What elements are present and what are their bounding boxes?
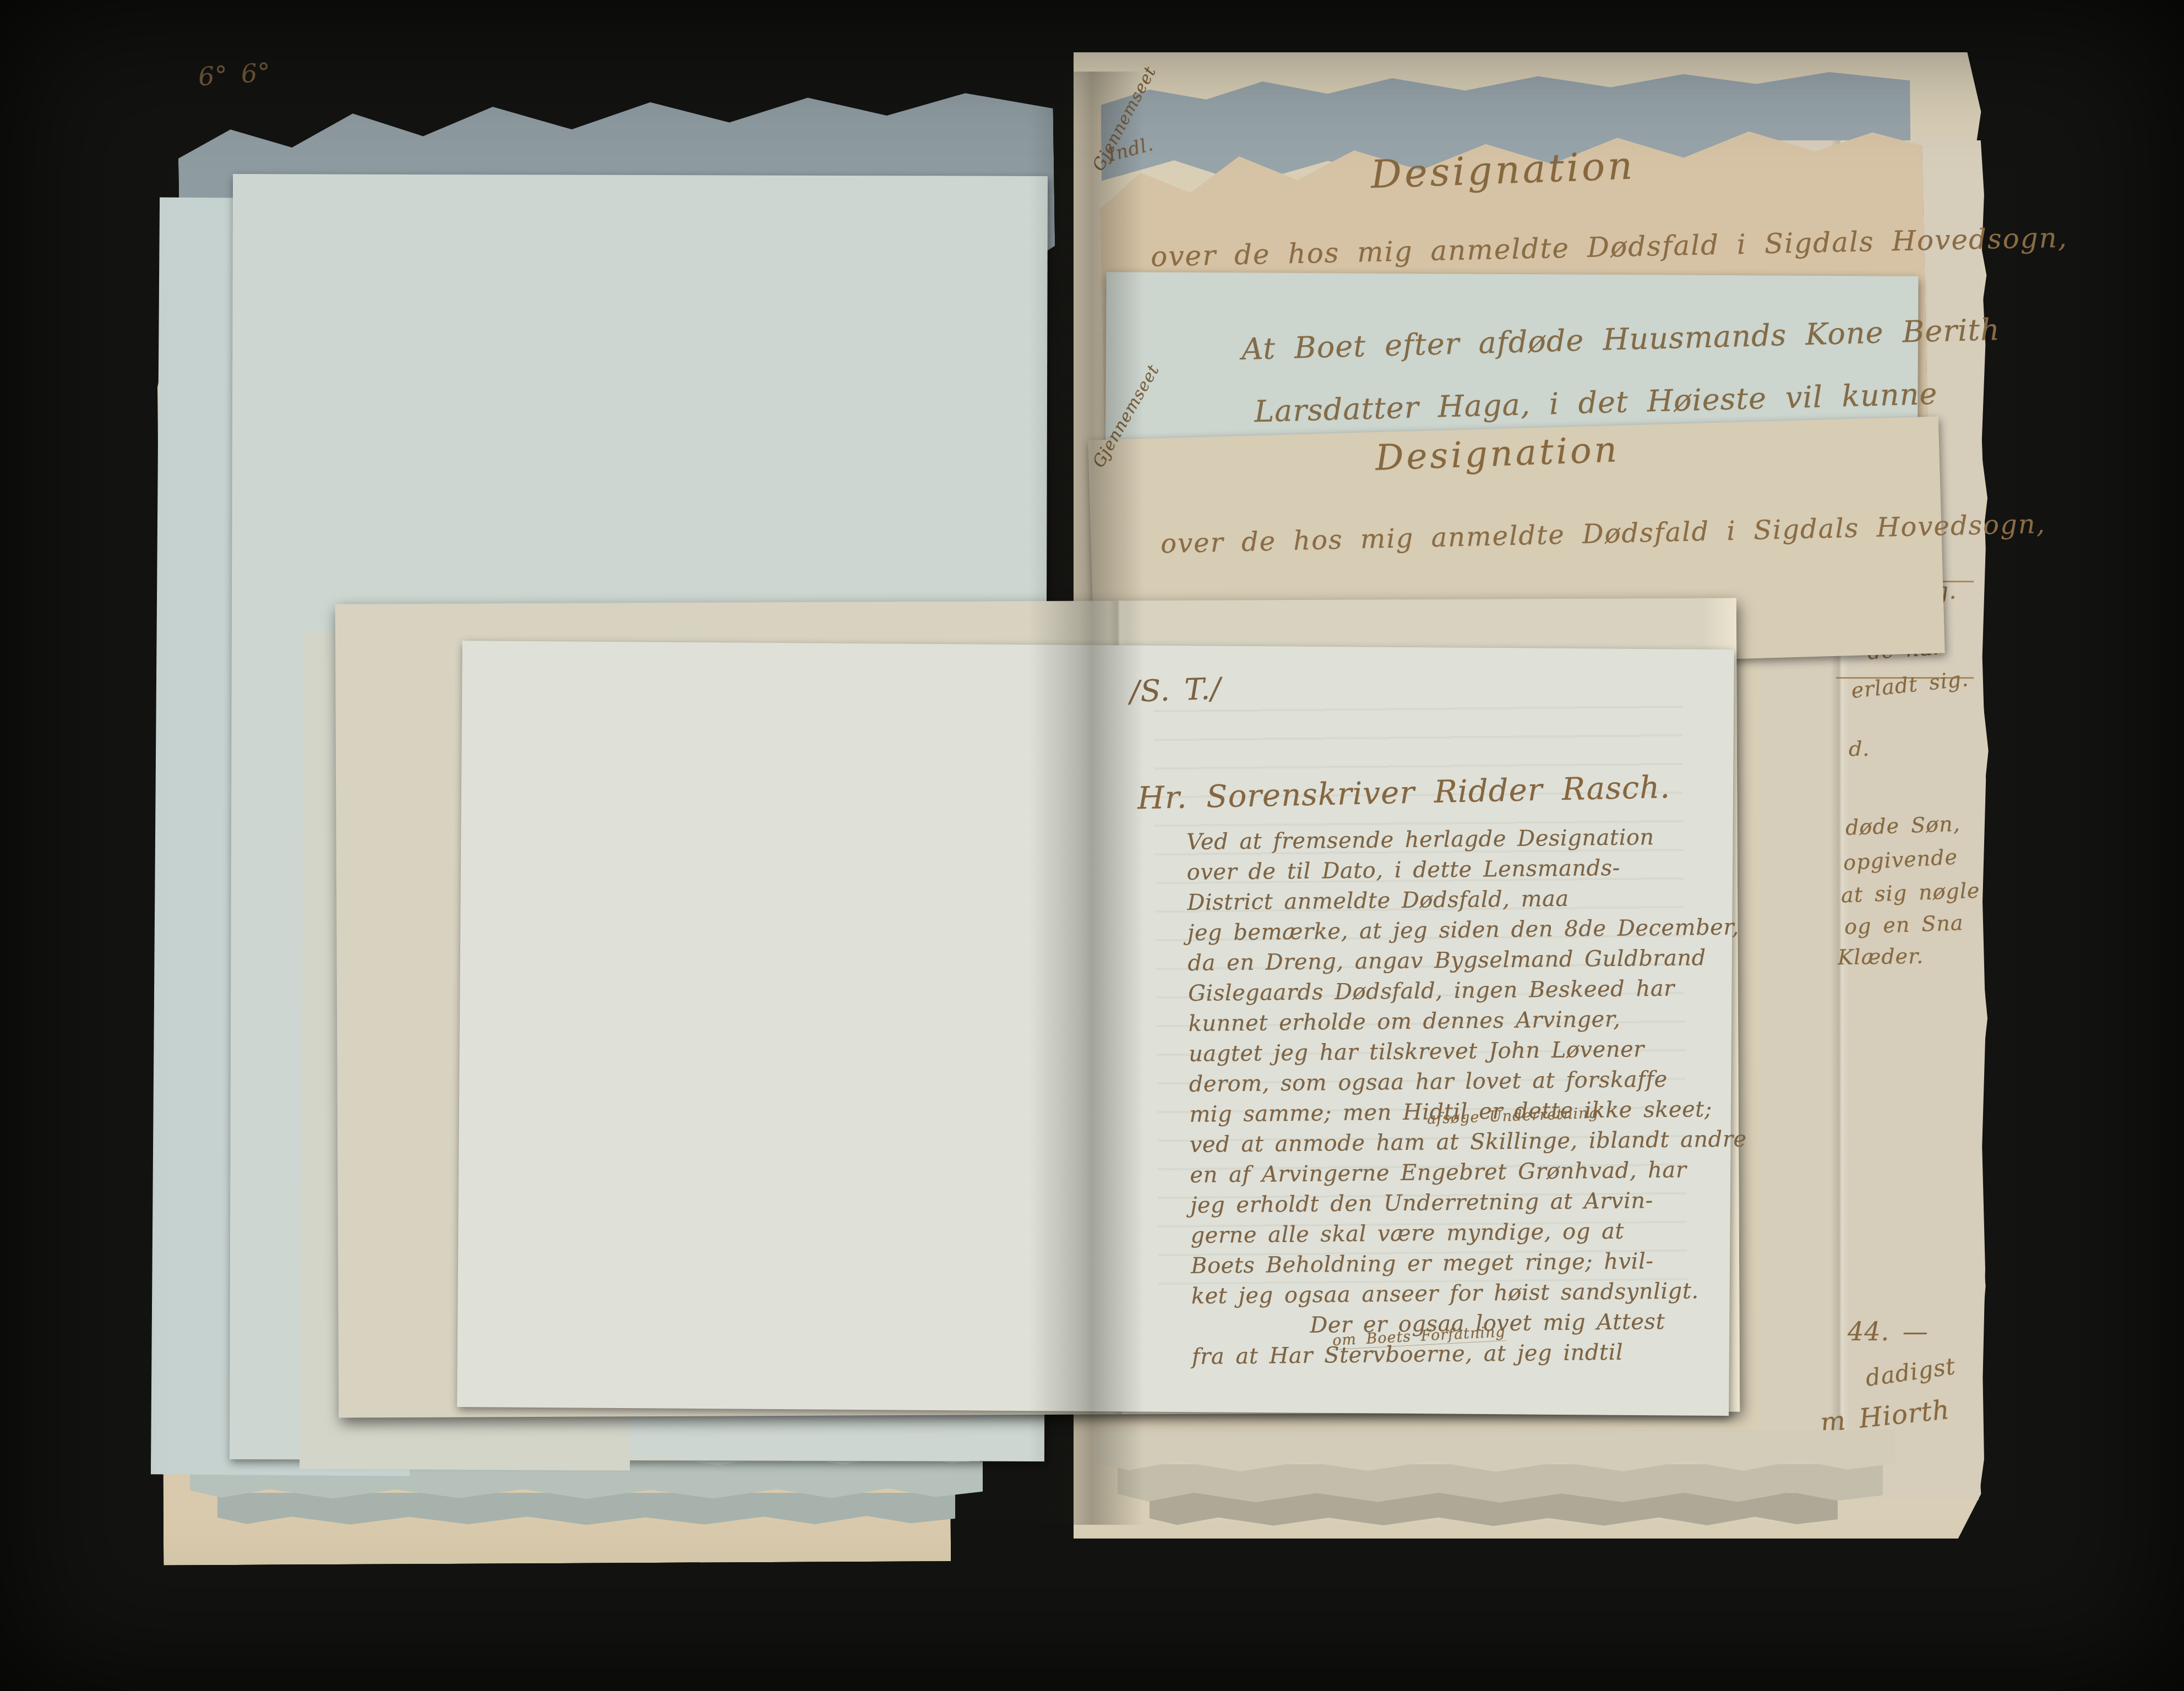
letter-body-line: ket jeg ogsaa anseer for høist sandsynli… [1191, 1276, 1720, 1312]
margin-fragment-dode-son: døde Søn, [1845, 811, 1960, 839]
letter-salutation: /S. T./ [1129, 671, 1222, 709]
letter-body-line: Boets Beholdning er meget ringe; hvil- [1191, 1246, 1720, 1281]
letter-body-line: da en Dreng, angav Bygselmand Guldbrand [1188, 943, 1717, 979]
letter-body-line: over de til Dato, i dette Lensmands- [1186, 852, 1715, 888]
letter-body-line: jeg erholdt den Underretning at Arvin- [1190, 1185, 1719, 1221]
margin-fragment-og-en: og en Sna [1844, 910, 1964, 939]
letter-body-line: en af Arvingerne Engebret Grønhvad, har [1190, 1155, 1719, 1191]
letter-body-line: kunnet erholde om dennes Arvinger, [1188, 1003, 1717, 1039]
letter-body-line: derom, som ogsaa har lovet at forskaffe [1189, 1064, 1718, 1100]
letter-body-line: Gislegaards Dødsfald, ingen Beskeed har [1188, 973, 1717, 1009]
letter-body-line: jeg bemærke, at jeg siden den 8de Decemb… [1188, 913, 1717, 948]
letter-body-line: gerne alle skal være myndige, og at [1190, 1215, 1719, 1251]
archive-photo: 6° 6° Enoug. de har erladt sig. d. døde … [0, 0, 2184, 1691]
letter-body-line: Ved at fremsende herlagde Designation [1186, 822, 1715, 858]
letter-body: Ved at fremsende herlagde Designation ov… [1186, 822, 1720, 1372]
margin-fragment-klaeder: Klæder. [1838, 944, 1924, 970]
left-page-ink-marks: 6° 6° [197, 57, 272, 91]
margin-fragment-44: 44. — [1848, 1317, 1929, 1346]
margin-fragment-d: d. [1849, 737, 1870, 761]
letter-body-line: uagtet jeg har tilskrevet John Løvener [1189, 1034, 1718, 1070]
margin-fragment-nogle: at sig nøgle [1840, 879, 1980, 908]
letter-body-line: District anmeldte Dødsfald, maa [1187, 882, 1716, 918]
letter-body-line: ved at anmode ham at Skillinge, iblandt … [1190, 1125, 1719, 1160]
